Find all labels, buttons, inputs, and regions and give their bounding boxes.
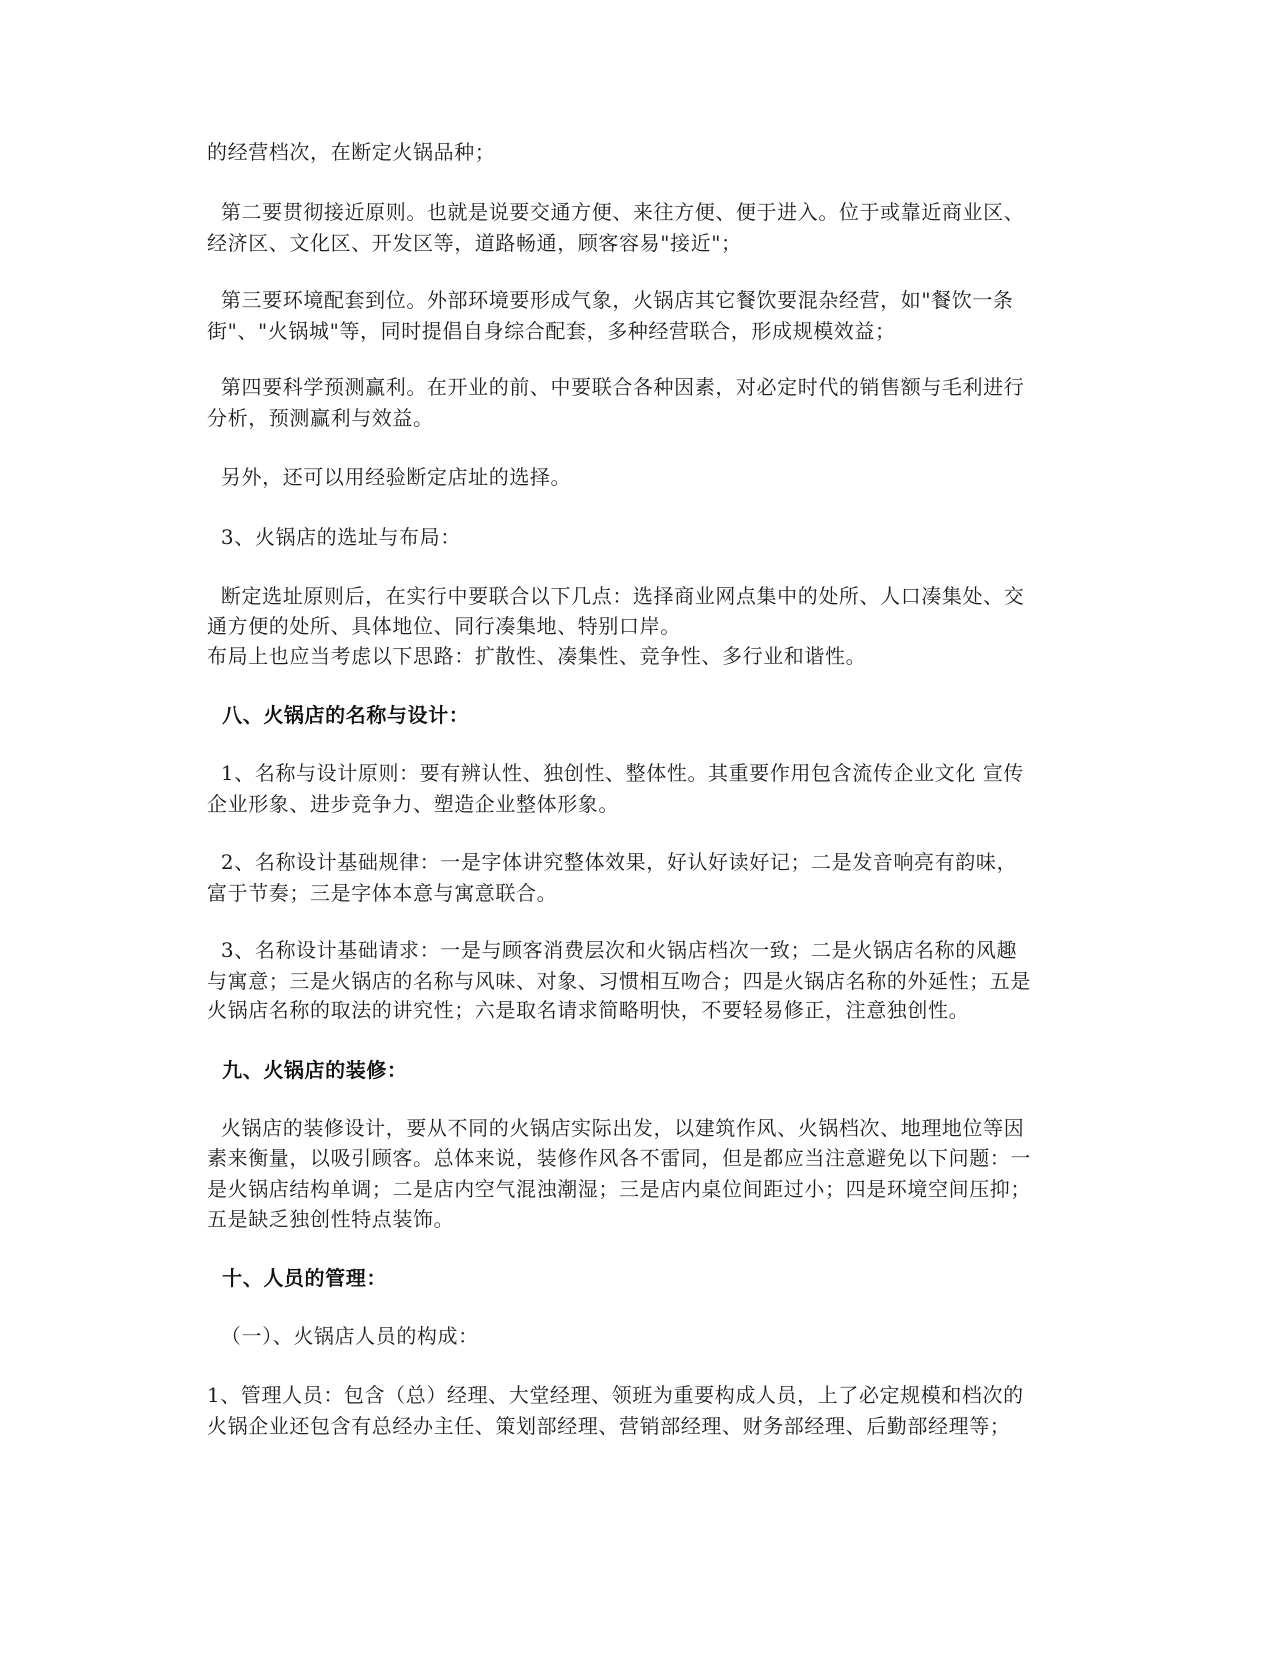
text-line: 分析，预测赢利与效益。 bbox=[207, 406, 1067, 430]
text-line: 经济区、文化区、开发区等，道路畅通，顾客容易"接近"； bbox=[207, 231, 1067, 255]
text-line: 企业形象、进步竞争力、塑造企业整体形象。 bbox=[207, 792, 1067, 816]
text-line: 素来衡量，以吸引顾客。总体来说，装修作风各不雷同，但是都应当注意避免以下问题：一 bbox=[207, 1146, 1067, 1170]
text-line: （一）、火锅店人员的构成： bbox=[207, 1324, 1067, 1348]
text-line: 是火锅店结构单调；二是店内空气混浊潮湿；三是店内桌位间距过小；四是环境空间压抑； bbox=[207, 1177, 1067, 1201]
text-line: 火锅企业还包含有总经办主任、策划部经理、营销部经理、财务部经理、后勤部经理等； bbox=[207, 1414, 1067, 1438]
text-line: 1、管理人员：包含（总）经理、大堂经理、领班为重要构成人员，上了必定规模和档次的 bbox=[207, 1383, 1067, 1407]
text-line: 火锅店的装修设计，要从不同的火锅店实际出发，以建筑作风、火锅档次、地理地位等因 bbox=[207, 1116, 1067, 1140]
text-line: 的经营档次，在断定火锅品种； bbox=[207, 140, 1067, 164]
text-line: 五是缺乏独创性特点装饰。 bbox=[207, 1207, 1067, 1231]
section-heading: 八、火锅店的名称与设计： bbox=[207, 703, 1067, 727]
text-line: 2、名称设计基础规律：一是字体讲究整体效果，好认好读好记；二是发音响亮有韵味， bbox=[207, 850, 1067, 874]
text-line: 1、名称与设计原则：要有辨认性、独创性、整体性。其重要作用包含流传企业文化 宣传 bbox=[207, 761, 1067, 785]
text-line: 第二要贯彻接近原则。也就是说要交通方便、来往方便、便于进入。位于或靠近商业区、 bbox=[207, 200, 1067, 224]
text-line: 布局上也应当考虑以下思路：扩散性、凑集性、竞争性、多行业和谐性。 bbox=[207, 644, 1067, 668]
text-line: 第三要环境配套到位。外部环境要形成气象，火锅店其它餐饮要混杂经营，如"餐饮一条 bbox=[207, 288, 1067, 312]
text-line: 另外，还可以用经验断定店址的选择。 bbox=[207, 465, 1067, 489]
text-line: 通方便的处所、具体地位、同行凑集地、特别口岸。 bbox=[207, 614, 1067, 638]
section-heading: 九、火锅店的装修： bbox=[207, 1058, 1067, 1082]
text-line: 第四要科学预测赢利。在开业的前、中要联合各种因素，对必定时代的销售额与毛利进行 bbox=[207, 375, 1067, 399]
text-line: 断定选址原则后，在实行中要联合以下几点：选择商业网点集中的处所、人口凑集处、交 bbox=[207, 584, 1067, 608]
text-line: 街"、"火锅城"等，同时提倡自身综合配套，多种经营联合，形成规模效益； bbox=[207, 319, 1067, 343]
text-line: 火锅店名称的取法的讲究性；六是取名请求简略明快，不要轻易修正，注意独创性。 bbox=[207, 998, 1067, 1022]
text-line: 3、火锅店的选址与布局： bbox=[207, 525, 1067, 549]
text-line: 富于节奏；三是字体本意与寓意联合。 bbox=[207, 881, 1067, 905]
text-line: 3、名称设计基础请求：一是与顾客消费层次和火锅店档次一致；二是火锅店名称的风趣 bbox=[207, 938, 1067, 962]
section-heading: 十、人员的管理： bbox=[207, 1266, 1067, 1290]
text-line: 与寓意；三是火锅店的名称与风味、对象、习惯相互吻合；四是火锅店名称的外延性；五是 bbox=[207, 969, 1067, 993]
document-page: 的经营档次，在断定火锅品种； 第二要贯彻接近原则。也就是说要交通方便、来往方便、… bbox=[0, 0, 1280, 1677]
